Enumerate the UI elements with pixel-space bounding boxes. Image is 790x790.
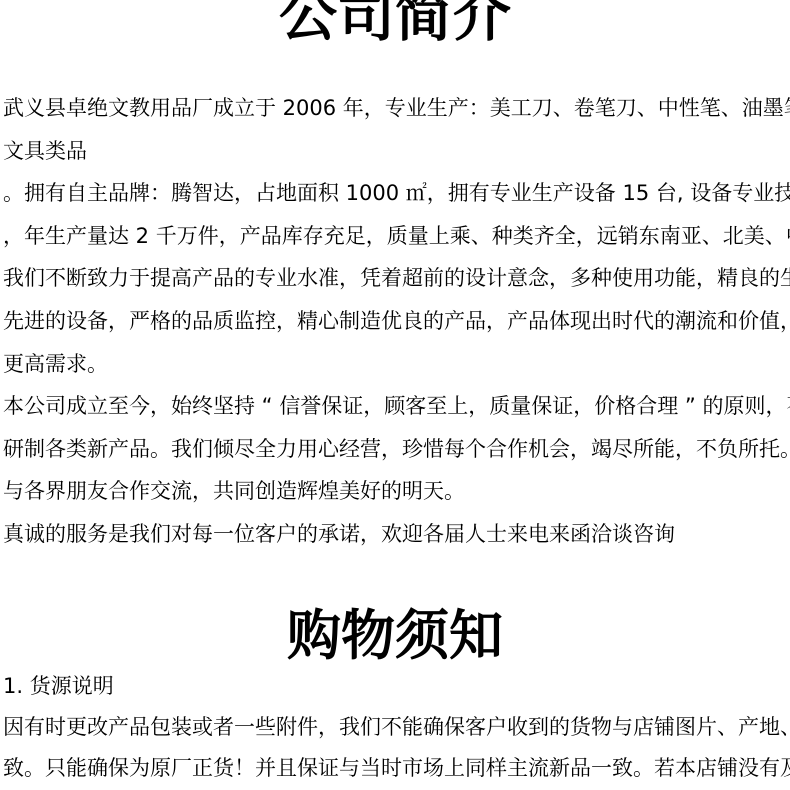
text-line: 致。只能确保为原厂正货！并且保证与当时市场上同样主流新品一致。若本店铺没有及时更…: [3, 748, 787, 789]
text-line: 更高需求。: [3, 343, 787, 386]
shopping-notice-text: 1. 货源说明 因有时更改产品包装或者一些附件，我们不能确保客户收到的货物与店铺…: [0, 666, 790, 789]
notice-item-heading: 1. 货源说明: [3, 666, 787, 707]
text-line: 文具类品: [3, 130, 787, 173]
text-line: 因有时更改产品包装或者一些附件，我们不能确保客户收到的货物与店铺图片、产地、附件…: [3, 707, 787, 748]
text-line: 研制各类新产品。我们倾尽全力用心经营，珍惜每个合作机会，竭尽所能，不负所托。本公…: [3, 428, 787, 471]
text-line: 我们不断致力于提高产品的专业水准，凭着超前的设计意念，多种使用功能，精良的生产工…: [3, 257, 787, 300]
product-description-page: 公司简介 武义县卓绝文教用品厂成立于 2006 年，专业生产：美工刀、卷笔刀、中…: [0, 0, 790, 790]
text-line: 。拥有自主品牌：腾智达，占地面积 1000 ㎡，拥有专业生产设备 15 台, 设…: [3, 172, 787, 215]
text-line: 先进的设备，严格的品质监控，精心制造优良的产品，产品体现出时代的潮流和价值，满足…: [3, 300, 787, 343]
company-intro-title: 公司简介: [0, 0, 790, 44]
notice-item-body: 因有时更改产品包装或者一些附件，我们不能确保客户收到的货物与店铺图片、产地、附件…: [3, 707, 787, 789]
text-line: ，年生产量达 2 千万件，产品库存充足，质量上乘、种类齐全，远销东南亚、北美、中…: [3, 215, 787, 258]
company-intro-text: 武义县卓绝文教用品厂成立于 2006 年，专业生产：美工刀、卷笔刀、中性笔、油墨…: [0, 87, 790, 556]
text-line: 武义县卓绝文教用品厂成立于 2006 年，专业生产：美工刀、卷笔刀、中性笔、油墨…: [3, 87, 787, 130]
shopping-notice-title: 购物须知: [0, 608, 790, 664]
text-line: 真诚的服务是我们对每一位客户的承诺，欢迎各届人士来电来函洽谈咨询: [3, 513, 787, 556]
text-line: 与各界朋友合作交流，共同创造辉煌美好的明天。: [3, 470, 787, 513]
text-line: 本公司成立至今，始终坚持 “ 信誉保证，顾客至上，质量保证，价格合理 ” 的原则…: [3, 385, 787, 428]
